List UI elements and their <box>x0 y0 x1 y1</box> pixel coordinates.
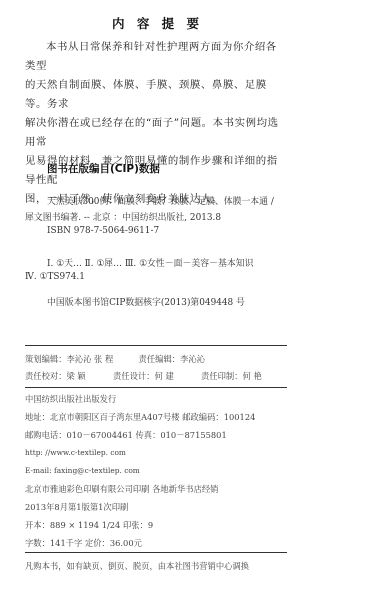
summary-line: 本书从日常保养和针对性护理两方面为你介绍各类型 <box>25 38 287 76</box>
credits-row-2: 责任校对：梁 颖 责任设计：何 建 责任印制：何 艳 <box>25 370 262 382</box>
summary-line: 的天然自制面膜、体膜、手膜、颈膜、鼻膜、足膜等。务求 <box>25 76 287 114</box>
designer: 何 建 <box>155 371 174 381</box>
planning-editor: 李沁沁 张 程 <box>67 354 114 364</box>
cip-classification-1: Ⅰ. ①天… Ⅱ. ①犀… Ⅲ. ①女性－面－美容－基本知识 <box>47 256 254 269</box>
format-info: 开本：889 × 1194 1/24 印张：9 <box>25 519 153 531</box>
words-price-info: 字数：141千字 定价：36.00元 <box>25 537 142 549</box>
credits-row-1: 策划编辑：李沁沁 张 程 责任编辑：李沁沁 <box>25 353 205 365</box>
edition-info: 2013年8月第1版第1次印刷 <box>25 501 128 513</box>
cip-title: 图书在版编目(CIP)数据 <box>47 161 160 176</box>
divider <box>25 387 287 388</box>
responsible-editor-label: 责任编辑： <box>139 354 181 364</box>
printer-info: 北京市雅迪彩色印刷有限公司印刷 各地新华书店经销 <box>25 483 218 495</box>
publisher-website: http: //www.c-textilep. com <box>25 448 126 457</box>
designer-label: 责任设计： <box>113 371 155 381</box>
divider <box>25 552 287 553</box>
summary-paragraph: 本书从日常保养和针对性护理两方面为你介绍各类型 的天然自制面膜、体膜、手膜、颈膜… <box>25 38 287 209</box>
summary-line: 解决你潜在或已经存在的“面子”问题。本书实例均选用常 <box>25 114 287 152</box>
cip-isbn: ISBN 978-7-5064-9611-7 <box>47 226 159 236</box>
cip-classification-2: Ⅳ. ①TS974.1 <box>25 272 85 282</box>
publisher-name: 中国纺织出版社出版发行 <box>25 393 116 405</box>
footer-note: 凡购本书，如有缺页、倒页、脱页，由本社图书营销中心调换 <box>25 560 249 572</box>
publisher-address: 地址：北京市朝阳区百子湾东里A407号楼 邮政编码：100124 <box>25 411 255 423</box>
responsible-editor: 李沁沁 <box>180 354 205 364</box>
publisher-email: E-mail: faxing@c-textilep. com <box>25 466 140 475</box>
printing-label: 责任印制： <box>201 371 243 381</box>
cip-author-publisher: 犀文图书编著. -- 北京 ：中国纺织出版社, 2013.8 <box>25 210 221 223</box>
planning-editor-label: 策划编辑： <box>25 354 67 364</box>
summary-title: 内 容 提 要 <box>0 14 315 32</box>
printing-supervisor: 何 艳 <box>243 371 262 381</box>
proofreader: 梁 颖 <box>67 371 86 381</box>
cip-library-number: 中国版本图书馆CIP数据核字(2013)第049448 号 <box>47 295 245 308</box>
proofreader-label: 责任校对： <box>25 371 67 381</box>
divider <box>25 345 287 346</box>
cip-book-title: 天然美肤300例：面膜、手膜、颈膜、足膜、体膜一本通 / <box>47 194 274 207</box>
publisher-phone: 邮购电话：010－67004461 传真：010－87155801 <box>25 429 227 441</box>
